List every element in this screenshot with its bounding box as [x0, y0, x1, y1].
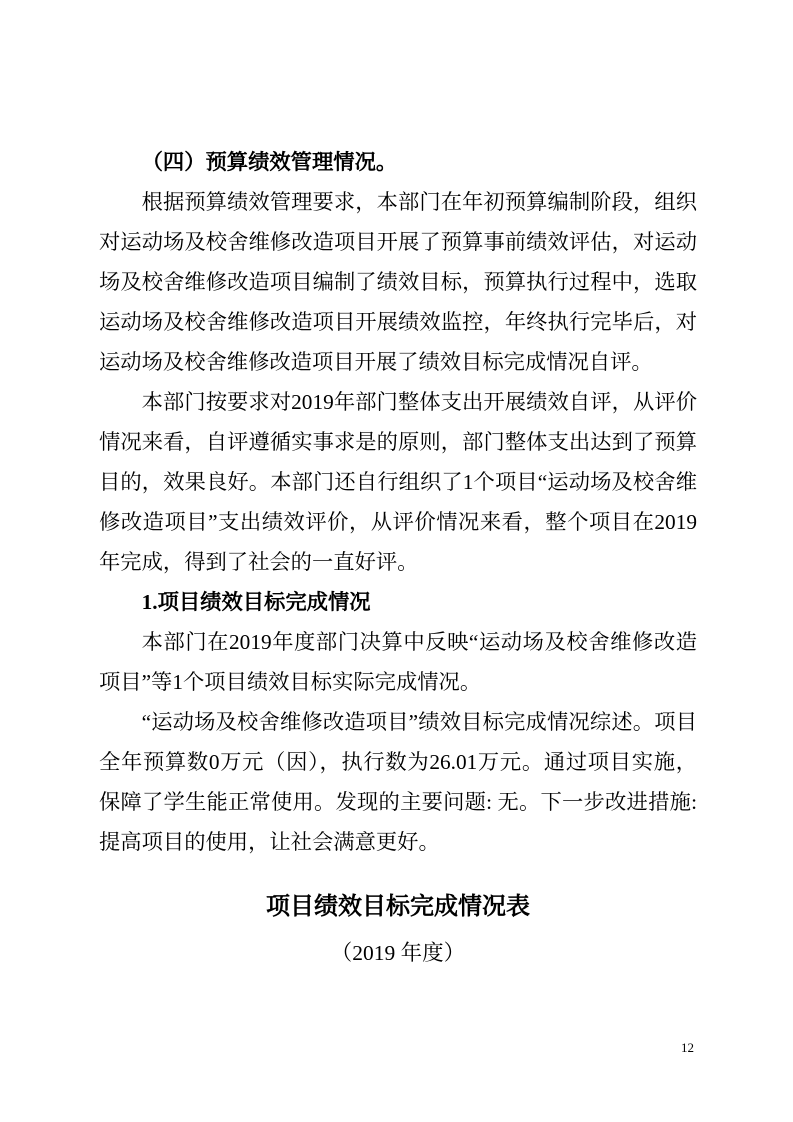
table-title: 项目绩效目标完成情况表: [99, 884, 697, 930]
table-subtitle-year: （2019 年度）: [99, 930, 697, 976]
section-heading-budget-performance: （四）预算绩效管理情况。: [99, 142, 697, 182]
document-page: （四）预算绩效管理情况。 根据预算绩效管理要求，本部门在年初预算编制阶段，组织对…: [0, 0, 793, 1122]
paragraph-final-accounts: 本部门在2019年度部门决算中反映“运动场及校舍维修改造项目”等1个项目绩效目标…: [99, 622, 697, 702]
paragraph-performance-management: 根据预算绩效管理要求，本部门在年初预算编制阶段，组织对运动场及校舍维修改造项目开…: [99, 182, 697, 382]
page-number: 12: [681, 1040, 694, 1056]
paragraph-self-evaluation: 本部门按要求对2019年部门整体支出开展绩效自评，从评价情况来看，自评遵循实事求…: [99, 382, 697, 582]
section-heading-project-goal-completion: 1.项目绩效目标完成情况: [99, 582, 697, 622]
paragraph-goal-completion-summary: “运动场及校舍维修改造项目”绩效目标完成情况综述。项目全年预算数0万元（因），执…: [99, 702, 697, 862]
page-content: （四）预算绩效管理情况。 根据预算绩效管理要求，本部门在年初预算编制阶段，组织对…: [99, 142, 697, 976]
